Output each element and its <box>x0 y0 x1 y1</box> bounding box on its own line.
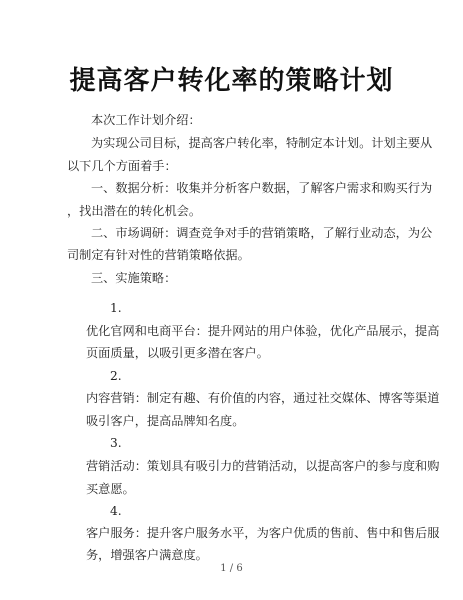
page-indicator: 1 / 6 <box>0 563 463 574</box>
document-line: 2. <box>110 368 122 384</box>
document-line: 为实现公司目标，提高客户转化率，特制定本计划。计划主要从 <box>91 135 432 151</box>
document-line: 本次工作计划介绍： <box>91 112 201 128</box>
document-line: 吸引客户，提高品牌知名度。 <box>86 413 244 429</box>
document-line: 1. <box>110 300 122 316</box>
document-line: 务，增强客户满意度。 <box>86 547 208 563</box>
document-line: 4. <box>110 503 122 519</box>
document-line: 3. <box>110 435 122 451</box>
document-line: 买意愿。 <box>86 481 135 497</box>
document-line: 优化官网和电商平台：提升网站的用户体验，优化产品展示，提高 <box>86 323 439 339</box>
document-line: 二、市场调研：调查竞争对手的营销策略，了解行业动态，为公 <box>91 225 432 241</box>
document-line: 以下几个方面着手： <box>67 158 177 174</box>
document-line: 司制定有针对性的营销策略依据。 <box>67 247 250 263</box>
document-line: 客户服务：提升客户服务水平，为客户优质的售前、售中和售后服 <box>86 525 439 541</box>
document-line: ，找出潜在的转化机会。 <box>67 203 201 219</box>
document-line: 内容营销：制定有趣、有价值的内容，通过社交媒体、博客等渠道 <box>86 390 439 406</box>
document-line: 页面质量，以吸引更多潜在客户。 <box>86 345 269 361</box>
document-line: 一、数据分析：收集并分析客户数据，了解客户需求和购买行为 <box>91 180 432 196</box>
document-title: 提高客户转化率的策略计划 <box>0 60 463 97</box>
document-line: 三、实施策略： <box>91 270 176 286</box>
document-line: 营销活动：策划具有吸引力的营销活动，以提高客户的参与度和购 <box>86 458 439 474</box>
